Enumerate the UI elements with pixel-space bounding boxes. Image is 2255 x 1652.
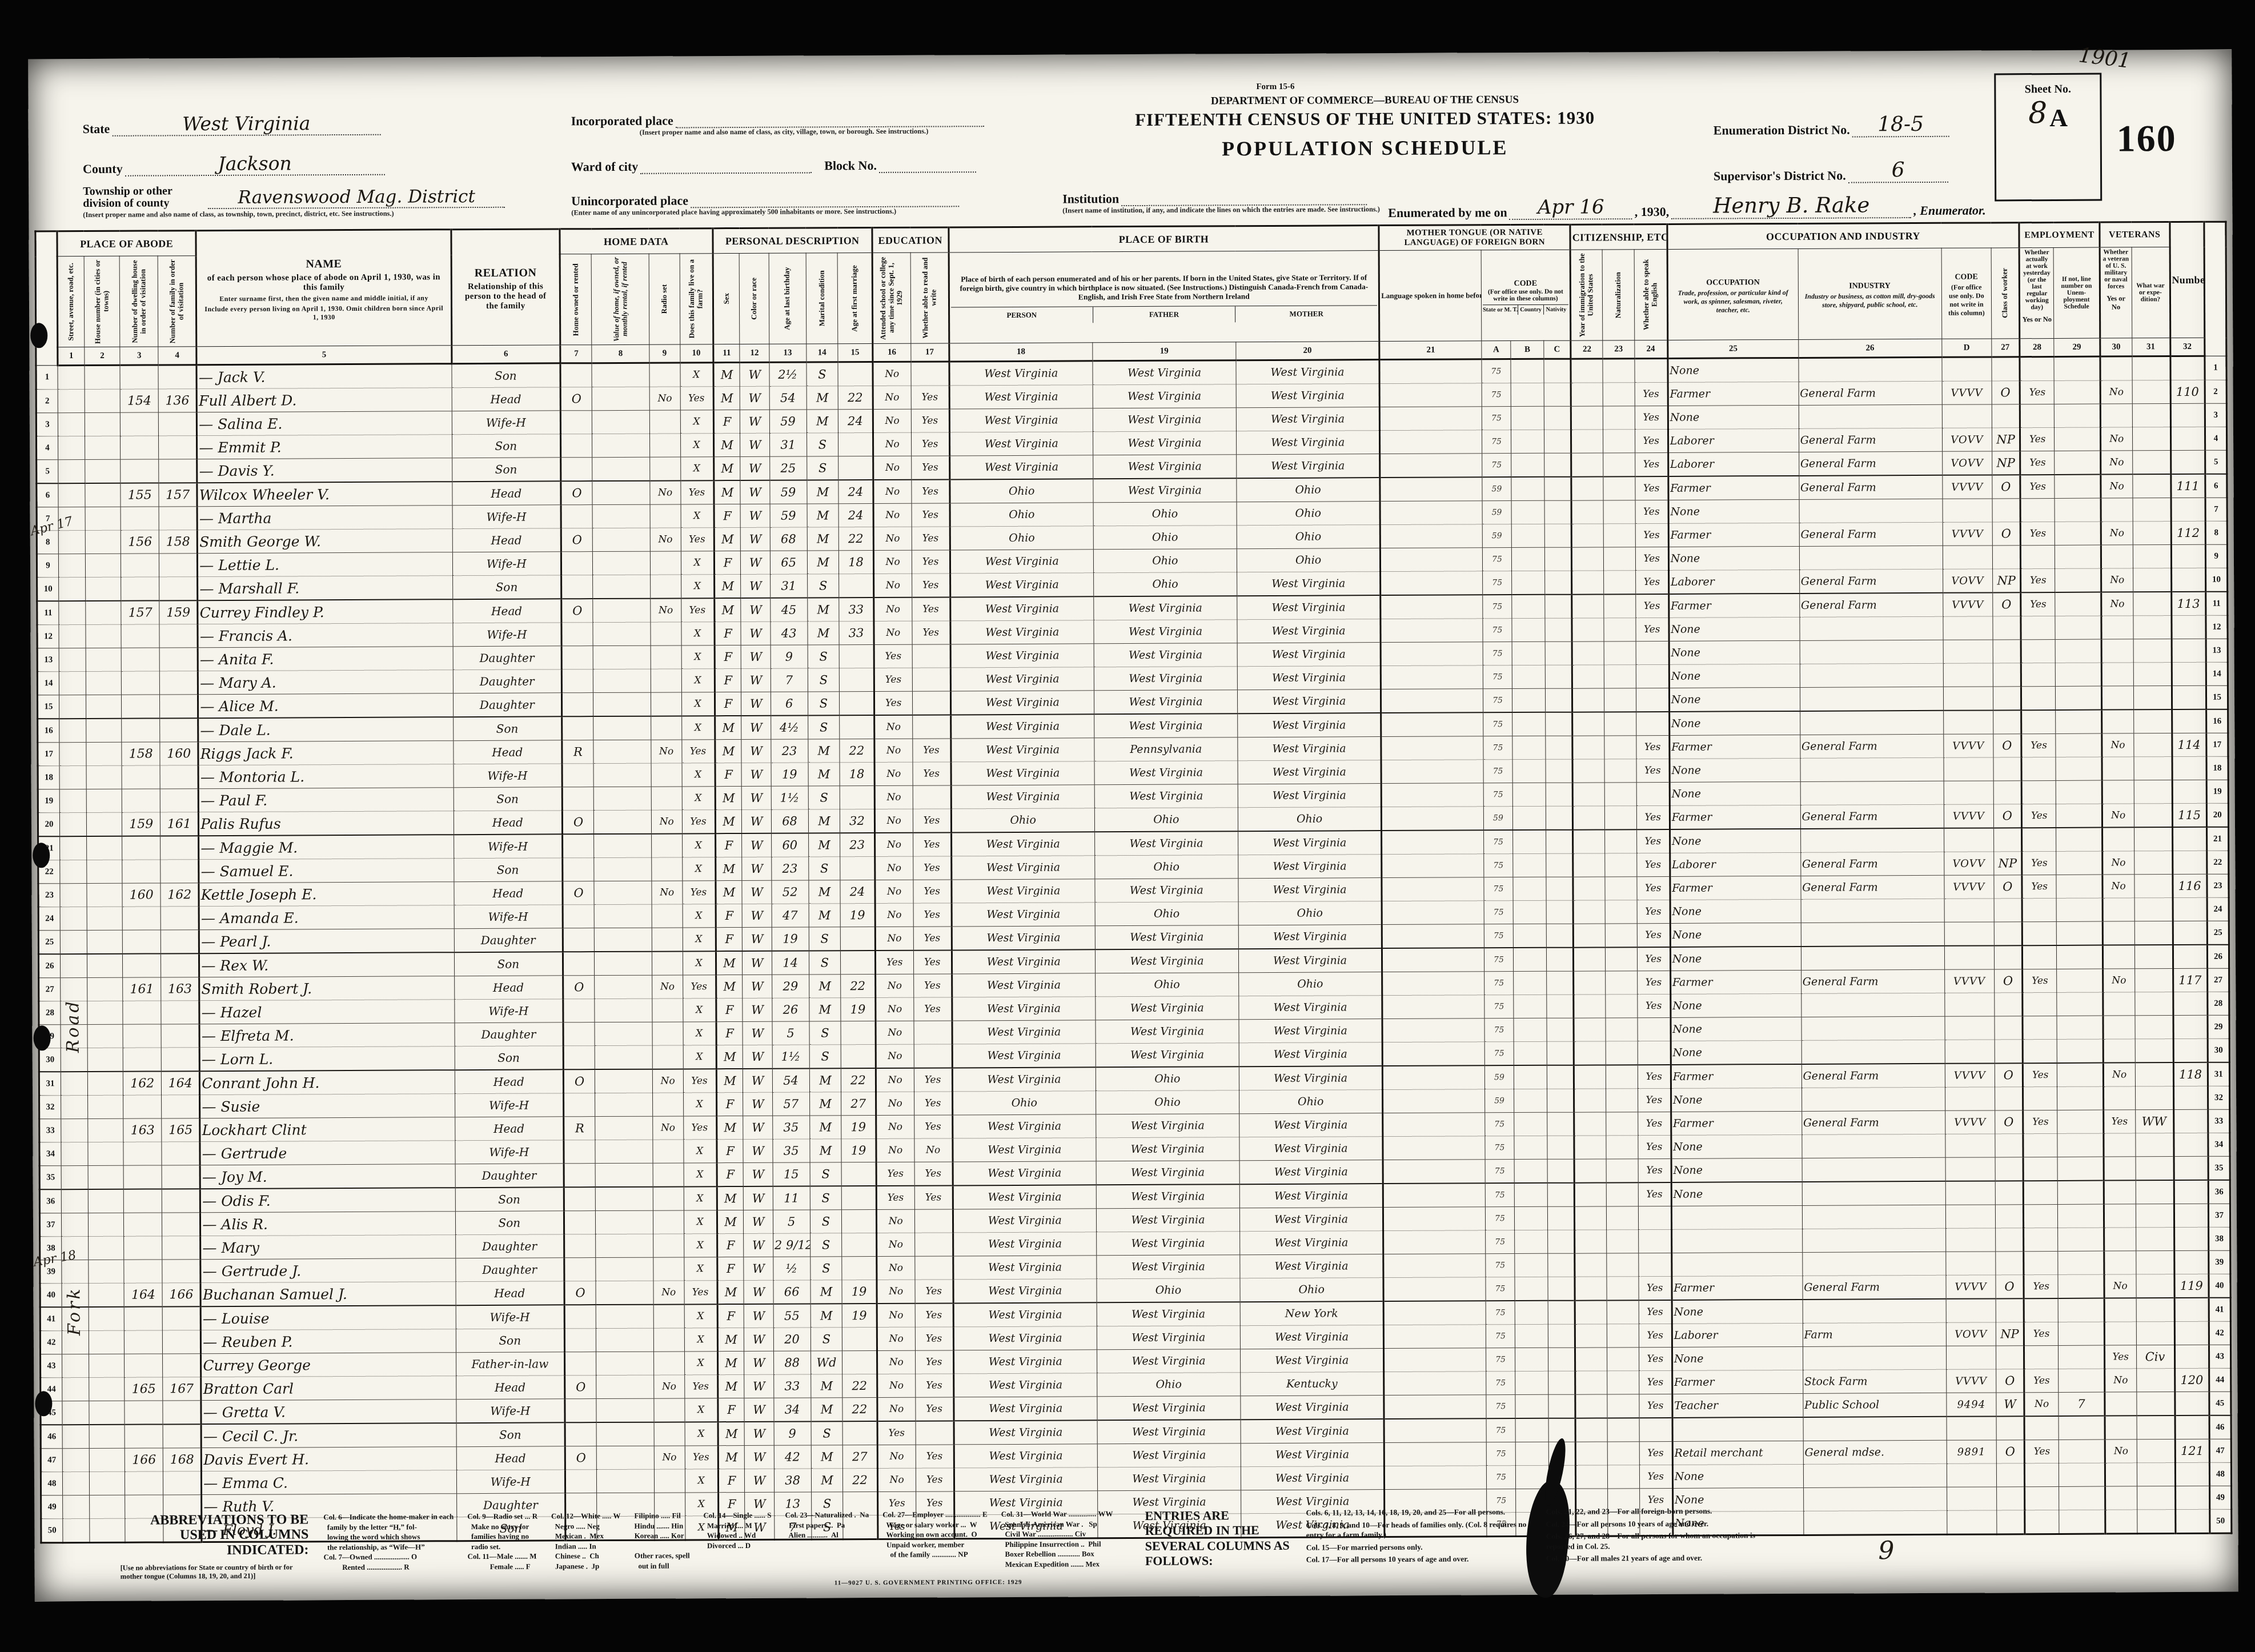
cell-sx: F <box>715 668 741 692</box>
cell-rd <box>652 928 683 952</box>
cell-ag: 31 <box>770 574 807 598</box>
cell-lg <box>1384 1442 1486 1466</box>
cell-l: 10 <box>37 578 59 602</box>
code-desc: (For office use only. Do not write in th… <box>1483 288 1568 303</box>
cell-rw: Yes <box>915 1280 953 1304</box>
cell-cc <box>1545 547 1572 571</box>
cell-rl: Wife-H <box>454 905 563 929</box>
cell-na <box>1604 594 1636 618</box>
cell-hm <box>565 1422 597 1446</box>
cell-cw: O <box>1996 1275 2024 1299</box>
cell-in <box>1802 1228 1945 1252</box>
cell-nm: Wilcox Wheeler V. <box>197 482 452 506</box>
cell-ca: 75 <box>1484 924 1514 948</box>
cell-nm: — Francis A. <box>198 623 453 648</box>
group-education: EDUCATION <box>872 227 949 253</box>
cell-sx: M <box>715 809 742 833</box>
cell-im <box>1571 406 1603 430</box>
cell-cw: O <box>1996 1369 2024 1393</box>
column-number-30: 30 <box>2100 338 2132 356</box>
cell-st <box>62 1377 89 1401</box>
col-8-header: Value of home, if owned, or monthly rent… <box>592 254 649 344</box>
relation-title: RELATION <box>454 266 558 280</box>
cell-na <box>1604 712 1636 736</box>
legend: ABBREVIATIONS TO BE USED IN COLUMNS INDI… <box>120 1504 2221 1581</box>
county-field: County Jackson <box>83 152 385 177</box>
cell-sc: Yes <box>876 1162 914 1186</box>
cell-ca: 75 <box>1483 736 1513 760</box>
cell-em <box>2022 921 2056 945</box>
cell-vl <box>595 1022 652 1045</box>
cell-fr: Yes <box>681 598 714 622</box>
cell-sx: M <box>713 386 740 410</box>
cell-cb <box>1513 924 1546 948</box>
cell-vt <box>2102 945 2134 969</box>
cell-hm <box>562 858 594 881</box>
cell-hm: O <box>561 599 593 623</box>
cell-fm: 168 <box>163 1448 202 1471</box>
cell-f: West Virginia <box>1095 925 1238 950</box>
col-31-header: What war or expe­dition? <box>2132 247 2170 338</box>
cell-cd: VVVV <box>1946 1369 1996 1393</box>
cell-em <box>2021 616 2055 639</box>
cell-vt: No <box>2101 592 2133 616</box>
cell-vt <box>2103 1086 2135 1110</box>
township-caption: (Insert proper name and also name of cla… <box>83 209 517 219</box>
cell-cc <box>1544 453 1571 477</box>
cell-mc: S <box>808 692 840 716</box>
cell-hn <box>86 601 122 625</box>
cell-fn: 111 <box>2170 474 2205 498</box>
cell-rw: Yes <box>915 1327 953 1350</box>
cell-sc: No <box>873 480 912 504</box>
punch-hole <box>35 1391 52 1416</box>
cell-em: Yes <box>2024 1322 2058 1345</box>
cell-hm <box>564 1211 596 1234</box>
cell-oc: Farmer <box>1670 876 1801 900</box>
cell-lg <box>1384 1395 1486 1419</box>
cell-p: West Virginia <box>952 903 1095 927</box>
cell-l-right: 4 <box>2205 427 2226 450</box>
cell-ul <box>2057 1063 2104 1087</box>
cell-f: West Virginia <box>1094 761 1238 785</box>
cell-sc: Yes <box>874 668 912 691</box>
cell-im <box>1571 524 1603 547</box>
cell-p: West Virginia <box>953 1279 1097 1304</box>
col-25-header: OCCUPATION Trade, profession, or particu… <box>1667 248 1799 340</box>
cell-l-right: 19 <box>2206 780 2228 803</box>
cell-in: General Farm <box>1799 381 1942 405</box>
department-line: DEPARTMENT OF COMMERCE—BUREAU OF THE CEN… <box>1108 93 1622 108</box>
cell-vl <box>596 1257 653 1281</box>
cell-na <box>1606 1206 1638 1230</box>
cell-rl: Daughter <box>453 669 561 693</box>
cell-sc: No <box>874 785 913 809</box>
cell-vt: No <box>2102 969 2134 992</box>
cell-em: Yes <box>2022 875 2056 898</box>
cell-rl: Son <box>455 1211 564 1235</box>
cell-l-right: 39 <box>2209 1250 2230 1274</box>
cell-sc: No <box>876 1115 914 1138</box>
cell-wr <box>2136 1274 2174 1298</box>
cell-ag: 14 <box>772 951 809 975</box>
cell-fm <box>161 930 199 954</box>
cell-rd <box>653 1352 684 1375</box>
cell-dw <box>121 412 159 436</box>
cell-em: Yes <box>2021 733 2056 757</box>
cell-rc: W <box>742 809 772 833</box>
cell-sx: M <box>717 1186 744 1210</box>
cell-cb <box>1512 618 1545 641</box>
cell-ul <box>2056 686 2102 710</box>
cell-vt <box>2103 1016 2135 1039</box>
column-number-C: C <box>1544 340 1571 359</box>
cell-ca: 75 <box>1484 948 1514 972</box>
cell-rd: No <box>652 975 683 999</box>
cell-em <box>2021 686 2056 710</box>
cell-nm: Full Albert D. <box>196 388 452 412</box>
group-employment: EMPLOYMENT <box>2019 222 2100 248</box>
cell-p: West Virginia <box>953 1373 1097 1397</box>
cell-oc: Teacher <box>1672 1393 1803 1417</box>
cell-wr <box>2136 1298 2174 1322</box>
cell-na <box>1604 806 1636 830</box>
cell-ca: 75 <box>1482 454 1511 478</box>
cell-cb <box>1512 641 1545 665</box>
pob-desc: Place of birth of each person enumerated… <box>950 271 1377 304</box>
cell-vt <box>2105 1463 2137 1486</box>
cell-fm <box>159 412 197 436</box>
cell-l: 17 <box>38 743 59 766</box>
cell-fn <box>2173 945 2207 969</box>
cell-sc: No <box>874 762 913 785</box>
cell-p: West Virginia <box>951 832 1094 856</box>
cell-oc: Farmer <box>1670 970 1801 994</box>
cell-lg <box>1381 642 1483 666</box>
cell-fn <box>2174 1298 2209 1322</box>
cell-m: West Virginia <box>1239 1019 1382 1043</box>
cell-st <box>59 624 86 648</box>
name-title: NAME <box>198 257 450 271</box>
cell-im <box>1572 783 1604 806</box>
cell-na <box>1604 665 1636 688</box>
cell-cw <box>1993 710 2021 734</box>
cell-em <box>2024 1416 2059 1440</box>
cell-hm: O <box>561 481 593 505</box>
cell-l: 37 <box>39 1213 61 1237</box>
cell-wr <box>2137 1416 2175 1440</box>
cell-fn <box>2174 1180 2208 1204</box>
cell-rl: Head <box>456 1446 565 1470</box>
cell-rd <box>654 1422 685 1446</box>
cell-vt: No <box>2100 451 2132 475</box>
abbreviation-group: Col. 27—Employer ................... E W… <box>882 1509 988 1570</box>
cell-en: Yes <box>1635 500 1668 523</box>
cell-nm: — Paul F. <box>199 788 454 812</box>
cell-fm <box>159 436 197 459</box>
cell-am <box>842 1327 877 1350</box>
cell-oc: None <box>1671 1017 1801 1041</box>
cell-fn <box>2172 639 2206 662</box>
cell-f: West Virginia <box>1095 879 1238 903</box>
cell-hm <box>563 928 595 952</box>
cell-vt <box>2105 1416 2137 1440</box>
cell-cw: O <box>1995 1063 2023 1087</box>
cell-ul <box>2055 498 2101 522</box>
cell-rd <box>651 716 682 740</box>
cell-lg <box>1383 1160 1485 1184</box>
cell-cb <box>1511 383 1544 406</box>
cell-rc: W <box>743 1139 773 1162</box>
cell-f: West Virginia <box>1094 620 1237 644</box>
cell-ca: 75 <box>1483 760 1513 783</box>
cell-vl <box>595 1140 653 1163</box>
cell-ca: 59 <box>1484 1089 1514 1113</box>
cell-cc <box>1548 1348 1575 1371</box>
cell-cd <box>1944 899 1994 922</box>
cell-cw <box>1994 922 2022 946</box>
cell-cb <box>1512 688 1546 712</box>
cell-hn <box>86 695 122 719</box>
cell-hn <box>86 648 122 671</box>
cell-cd: VVVV <box>1945 1063 1995 1087</box>
cell-ul <box>2059 1345 2105 1369</box>
cell-am: 19 <box>840 903 875 927</box>
cell-rd <box>652 999 683 1022</box>
cell-rl: Son <box>452 434 560 458</box>
cell-p: West Virginia <box>954 1444 1097 1468</box>
cell-l-right: 25 <box>2207 921 2229 945</box>
cell-em: Yes <box>2020 475 2055 499</box>
cell-l-right: 14 <box>2206 662 2228 685</box>
cell-en: Yes <box>1635 570 1668 594</box>
cell-im <box>1573 924 1605 948</box>
cell-rc: W <box>740 362 769 386</box>
cell-rl: Son <box>456 1422 565 1446</box>
cell-l: 2 <box>36 390 58 413</box>
cell-hm <box>561 716 593 740</box>
cell-sc: No <box>877 1374 915 1397</box>
cell-fm <box>160 695 198 719</box>
cell-cb <box>1512 759 1546 783</box>
cell-in: General Farm <box>1800 804 1944 829</box>
cell-em <box>2021 710 2056 734</box>
cell-sc: No <box>877 1350 915 1374</box>
cell-wr <box>2133 592 2171 616</box>
cell-l: 20 <box>38 813 59 837</box>
cell-oc: Farmer <box>1669 594 1800 618</box>
supervisor-district-label: Supervisor's District No. <box>1714 169 1846 183</box>
cell-fr: X <box>682 833 715 857</box>
cell-rl: Son <box>454 952 563 976</box>
cell-ag: 54 <box>772 1068 809 1092</box>
cell-oc: None <box>1670 781 1800 805</box>
cell-hn <box>87 1095 123 1118</box>
cell-hn <box>87 1024 123 1048</box>
cell-am: 22 <box>843 1468 878 1491</box>
cell-am <box>841 951 876 975</box>
cell-ca: 75 <box>1486 1372 1515 1395</box>
cell-m: West Virginia <box>1239 1042 1382 1067</box>
cell-na <box>1606 1065 1638 1089</box>
cell-hm: O <box>565 1446 597 1470</box>
cell-na <box>1606 1112 1638 1136</box>
cell-cd: 9891 <box>1947 1440 1996 1463</box>
cell-rw: Yes <box>913 974 952 997</box>
cell-vl <box>596 1281 653 1305</box>
cell-cd: VOVV <box>1942 451 1992 475</box>
cell-cd: VOVV <box>1942 428 1992 451</box>
cell-cb <box>1512 571 1545 595</box>
cell-rw: Yes <box>915 1374 953 1397</box>
cell-mc: S <box>809 927 841 951</box>
cell-sc: No <box>877 1280 915 1304</box>
cell-rd <box>649 363 680 387</box>
cell-nm: — Jack V. <box>196 364 452 389</box>
cell-ca: 75 <box>1485 1113 1515 1136</box>
cell-dw <box>125 1330 163 1354</box>
cell-f: West Virginia <box>1096 1137 1239 1161</box>
cell-st <box>58 436 85 460</box>
cell-ag: 52 <box>772 880 809 904</box>
cell-fr: Yes <box>683 975 716 999</box>
cell-hn <box>86 836 122 860</box>
cell-oc: None <box>1669 640 1800 664</box>
cell-l-right: 6 <box>2205 474 2227 498</box>
cell-ul <box>2057 945 2103 969</box>
cell-hn <box>87 977 123 1001</box>
cell-cd <box>1945 1205 1995 1228</box>
cell-l-right: 17 <box>2206 733 2228 756</box>
cell-cc <box>1548 1301 1575 1325</box>
column-number-16: 16 <box>872 343 910 362</box>
cell-vl <box>593 599 651 623</box>
cell-in: General Farm <box>1803 1275 1946 1300</box>
cell-oc: None <box>1669 687 1800 711</box>
cell-vl <box>592 363 649 387</box>
cell-cd: VVVV <box>1942 381 1992 404</box>
cell-ca: 59 <box>1484 1065 1514 1089</box>
cell-im <box>1575 1348 1607 1371</box>
cell-vl <box>592 387 650 410</box>
cell-sc: Yes <box>874 644 912 668</box>
cell-vt <box>2101 639 2133 663</box>
cell-l-right: 26 <box>2207 945 2229 969</box>
cell-na <box>1603 571 1635 595</box>
cell-im <box>1575 1394 1607 1418</box>
cell-hn <box>89 1448 125 1471</box>
cell-cd <box>1943 687 1993 711</box>
cell-st <box>63 1518 90 1542</box>
cell-ag: 59 <box>770 480 807 504</box>
cell-in: General Farm <box>1800 734 1943 758</box>
cell-p: West Virginia <box>952 1114 1096 1138</box>
cell-nm: Smith Robert J. <box>199 976 455 1001</box>
cell-f: West Virginia <box>1093 431 1236 455</box>
cell-in: General Farm <box>1801 969 1944 993</box>
cell-dw <box>123 953 161 977</box>
cell-l-right: 22 <box>2206 851 2228 874</box>
cell-in: General Farm <box>1801 1064 1945 1088</box>
cell-in <box>1802 1181 1945 1206</box>
cell-rd <box>652 1045 683 1069</box>
cell-cc <box>1546 759 1572 783</box>
cell-ag: 5 <box>772 1021 809 1045</box>
cell-nm: — Montoria L. <box>198 764 454 789</box>
cell-cw: O <box>1992 475 2020 499</box>
cell-fr: X <box>683 1045 716 1069</box>
cell-mc: S <box>808 668 840 692</box>
cell-hm <box>565 1470 597 1493</box>
cell-l-right: 36 <box>2208 1180 2230 1204</box>
cell-ag: 9 <box>771 645 808 668</box>
cell-mc: M <box>806 386 838 410</box>
cell-nm: Buchanan Samuel J. <box>200 1282 456 1306</box>
cell-p: West Virginia <box>951 761 1094 785</box>
cell-rw: Yes <box>912 574 950 598</box>
cell-lg <box>1384 1348 1486 1372</box>
cell-vt: No <box>2102 875 2134 898</box>
cell-rc: W <box>741 527 771 551</box>
cell-wr <box>2136 1228 2174 1251</box>
cell-fm <box>161 836 199 860</box>
cell-cb <box>1515 1206 1548 1230</box>
cell-fr: X <box>681 504 714 528</box>
cell-cc <box>1546 806 1573 830</box>
cell-cc <box>1546 783 1572 806</box>
entries-item: Col. 24—For all persons 10 years of age … <box>1546 1518 1775 1529</box>
cell-ag: 11 <box>773 1186 810 1210</box>
cell-rd <box>652 1022 683 1045</box>
cell-rc: W <box>740 504 770 527</box>
cell-em <box>2024 1228 2058 1251</box>
cell-fn <box>2172 709 2206 733</box>
cell-im <box>1575 1371 1607 1394</box>
cell-hn <box>89 1307 125 1331</box>
cell-vt: No <box>2102 733 2134 757</box>
cell-fn: 115 <box>2172 803 2206 827</box>
cell-f: West Virginia <box>1093 360 1236 385</box>
cell-ul <box>2057 1086 2104 1110</box>
col-17-header: Whether able to read and write <box>910 252 949 343</box>
col-24-header: Whether able to speak English <box>1634 249 1668 340</box>
cell-hn <box>86 719 122 743</box>
cell-rl: Wife-H <box>455 999 563 1023</box>
cell-am: 24 <box>838 409 873 432</box>
cell-im <box>1571 453 1603 477</box>
abbreviation-group: Col. 12—White ..... W Negro ..... Neg Me… <box>551 1511 621 1571</box>
cell-rl: Daughter <box>453 646 561 670</box>
cell-en <box>1636 782 1670 805</box>
cell-cc <box>1544 477 1571 501</box>
cell-m: Ohio <box>1237 548 1380 572</box>
cell-nm: — Lorn L. <box>199 1046 455 1071</box>
cell-l-right: 18 <box>2206 756 2228 780</box>
column-number-26: 26 <box>1798 339 1941 358</box>
cell-fm <box>158 365 196 389</box>
col-relation-header: RELATION Relationship of this person to … <box>451 229 560 346</box>
cell-hm: O <box>564 1376 596 1399</box>
cell-fn <box>2174 1156 2208 1180</box>
cell-ca: 75 <box>1482 407 1511 430</box>
enumeration-district-field: Enumeration District No. 18-5 <box>1714 113 1949 138</box>
cell-lg <box>1382 995 1484 1019</box>
cell-m: West Virginia <box>1240 1254 1383 1278</box>
cell-na <box>1604 759 1636 783</box>
block-label: Block No. <box>824 158 877 173</box>
cell-rl: Wife-H <box>454 834 562 858</box>
group-veterans: VETERANS <box>2100 222 2170 248</box>
